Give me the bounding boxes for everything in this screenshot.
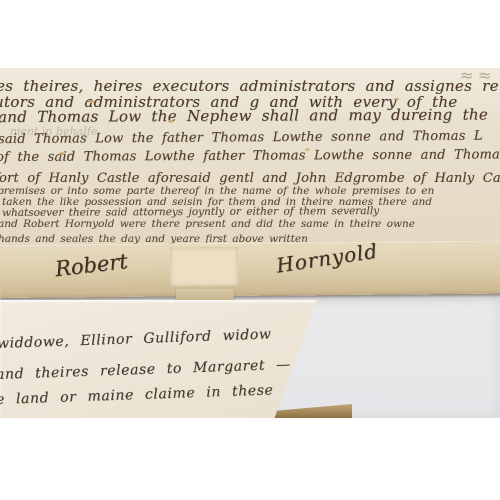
deed-line-9: whatsoever theire said attorneys joyntly…	[2, 205, 379, 219]
deed-line-3: and Thomas Low the Nephew shall and may …	[0, 105, 488, 126]
paper-fragment-document: widdowe, Ellinor Gulliford widow and the…	[0, 300, 352, 418]
signature-hornyold: Hornyold	[275, 239, 380, 278]
deed-line-5: of the said Thomas Lowthe father Thomas …	[0, 147, 500, 165]
vellum-deed: ≈≈ es theires, heires executors administ…	[0, 68, 500, 245]
manuscript-photo-page: ≈≈ es theires, heires executors administ…	[0, 0, 500, 500]
stain-speck	[305, 148, 310, 151]
fragment-line-2: and theires release to Margaret —	[0, 357, 291, 383]
photograph-of-documents: ≈≈ es theires, heires executors administ…	[0, 68, 500, 418]
seal-tag-slit-patch	[170, 247, 238, 287]
plica-signature-strip: Robert Hornyold	[0, 241, 500, 298]
fragment-line-3: e land or maine claime in these —	[0, 381, 299, 408]
stain-speck	[168, 120, 173, 123]
deed-line-4: said Thomas Low the father Thomas Lowthe…	[0, 129, 483, 147]
deed-line-10: and Robert Hornyold were there present a…	[0, 218, 415, 230]
signature-robert: Robert	[54, 249, 129, 281]
stain-speck	[88, 100, 94, 103]
stain-speck	[60, 152, 64, 155]
stain-speck	[395, 98, 399, 100]
fragment-line-1: widdowe, Ellinor Gulliford widow	[0, 326, 272, 352]
deed-line-6: fort of Hanly Castle aforesaid gentl and…	[0, 171, 500, 186]
